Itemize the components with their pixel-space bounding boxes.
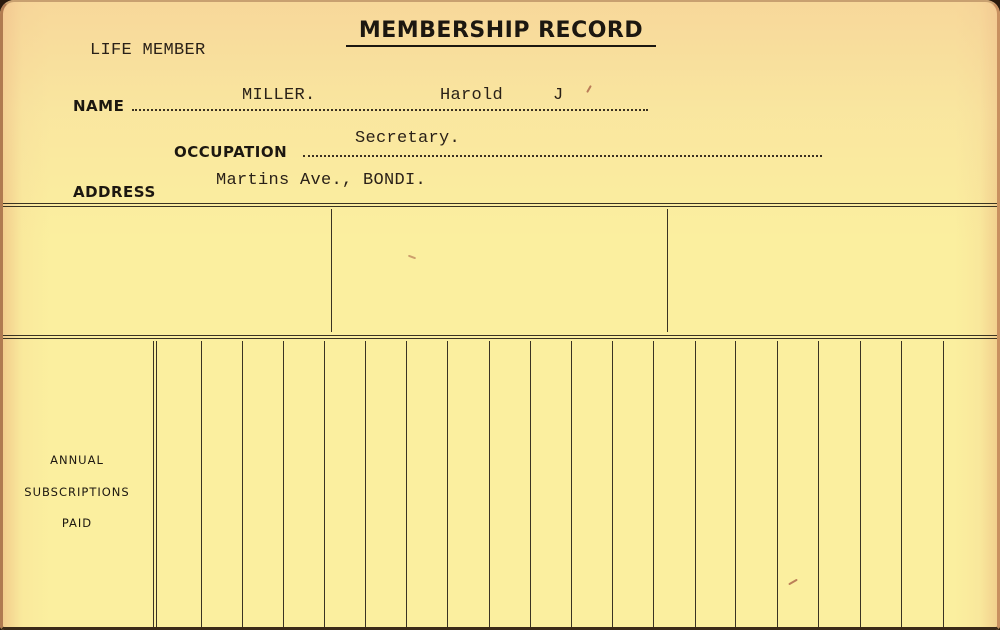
label-column-rule-a: [153, 341, 154, 630]
name-surname: MILLER.: [242, 86, 316, 105]
subscriptions-label-cell: ANNUAL SUBSCRIPTIONS PAID: [0, 340, 153, 630]
label-column-rule-b: [156, 341, 157, 630]
middle-box-1: [0, 208, 332, 334]
annual-label: ANNUAL: [0, 453, 154, 467]
subscription-column-rule: [365, 341, 366, 630]
subscription-column-rule: [901, 341, 902, 630]
stray-ink-mark: [586, 85, 592, 93]
subscription-column-rule: [324, 341, 325, 630]
name-dotted-line: [132, 109, 648, 111]
subscription-column-rule: [695, 341, 696, 630]
lower-double-rule: [0, 335, 1000, 339]
subscription-column-rule: [612, 341, 613, 630]
subscription-column-rule: [201, 341, 202, 630]
subscription-column-rule: [860, 341, 861, 630]
upper-double-rule: [0, 203, 1000, 207]
subscription-column-rule: [406, 341, 407, 630]
membership-type: LIFE MEMBER: [90, 41, 206, 60]
subscription-column-rule: [653, 341, 654, 630]
occupation-value: Secretary.: [355, 129, 460, 148]
middle-box-3: [668, 208, 1000, 334]
paid-label: PAID: [0, 516, 154, 530]
name-initial: J: [553, 86, 564, 105]
subscription-column-rule: [447, 341, 448, 630]
middle-divider-1: [331, 209, 332, 332]
subscription-column-rule: [818, 341, 819, 630]
occupation-label: OCCUPATION: [174, 143, 287, 161]
card-title: MEMBERSHIP RECORD: [346, 18, 656, 47]
subscription-column-rule: [735, 341, 736, 630]
membership-record-card: MEMBERSHIP RECORD LIFE MEMBER NAME MILLE…: [0, 0, 1000, 630]
subscription-column-rule: [943, 341, 944, 630]
name-label: NAME: [73, 97, 124, 115]
address-value: Martins Ave., BONDI.: [216, 171, 426, 190]
subscription-column-rule: [571, 341, 572, 630]
name-given: Harold: [440, 86, 503, 105]
occupation-dotted-line: [303, 155, 822, 157]
stray-ink-mark: [788, 579, 798, 586]
subscriptions-label: SUBSCRIPTIONS: [0, 485, 154, 499]
address-label: ADDRESS: [73, 183, 156, 201]
middle-box-2: [333, 208, 667, 334]
subscription-column-rule: [242, 341, 243, 630]
subscription-column-rule: [489, 341, 490, 630]
subscription-column-rule: [777, 341, 778, 630]
subscription-column-rule: [283, 341, 284, 630]
subscription-column-rule: [530, 341, 531, 630]
